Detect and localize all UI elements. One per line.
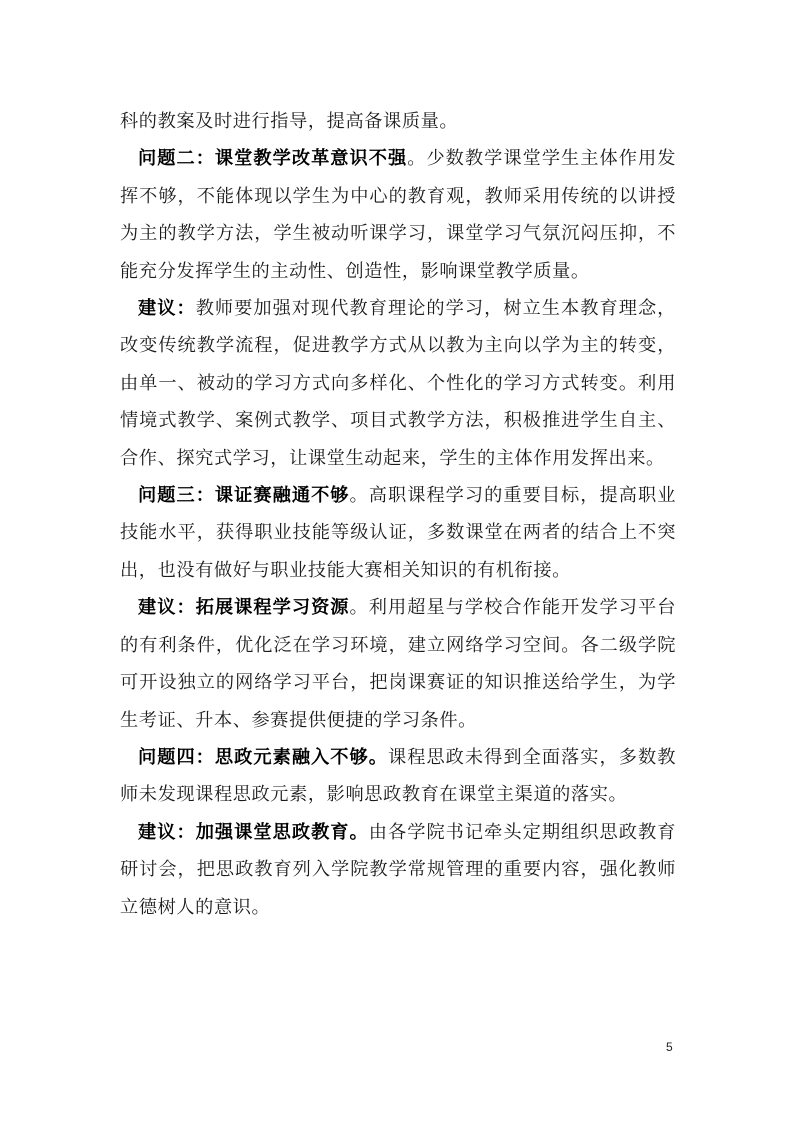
paragraph-suggestion-3: 建议：拓展课程学习资源。利用超星与学校合作能开发学习平台的有利条件，优化泛在学习… bbox=[120, 589, 676, 739]
paragraph-suggestion-2: 建议：教师要加强对现代教育理论的学习，树立生本教育理念，改变传统教学流程，促进教… bbox=[120, 290, 676, 477]
page-number: 5 bbox=[666, 1040, 673, 1054]
problem-heading: 问题三：课证赛融通不够 bbox=[138, 485, 350, 506]
paragraph-body: 教师要加强对现代教育理论的学习，树立生本教育理念，改变传统教学流程，促进教学方式… bbox=[120, 298, 676, 469]
suggestion-heading: 建议：加强课堂思政教育。 bbox=[138, 822, 369, 843]
document-page: 科的教案及时进行指导，提高备课质量。 问题二：课堂教学改革意识不强。少数教学课堂… bbox=[120, 103, 676, 926]
paragraph-problem-2: 问题二：课堂教学改革意识不强。少数教学课堂学生主体作用发挥不够，不能体现以学生为… bbox=[120, 140, 676, 290]
paragraph-suggestion-4: 建议：加强课堂思政教育。由各学院书记牵头定期组织思政教育研讨会，把思政教育列入学… bbox=[120, 814, 676, 926]
suggestion-heading: 建议：拓展课程学习资源 bbox=[138, 597, 350, 618]
paragraph-problem-4: 问题四：思政元素融入不够。课程思政未得到全面落实，多数教师未发现课程思政元素，影… bbox=[120, 739, 676, 814]
suggestion-heading: 建议： bbox=[138, 298, 196, 319]
paragraph-continuation: 科的教案及时进行指导，提高备课质量。 bbox=[120, 103, 676, 140]
problem-heading: 问题四：思政元素融入不够。 bbox=[138, 747, 388, 768]
paragraph-body: 科的教案及时进行指导，提高备课质量。 bbox=[120, 111, 458, 132]
problem-heading: 问题二：课堂教学改革意识不强 bbox=[138, 148, 407, 169]
paragraph-problem-3: 问题三：课证赛融通不够。高职课程学习的重要目标，提高职业技能水平，获得职业技能等… bbox=[120, 477, 676, 589]
